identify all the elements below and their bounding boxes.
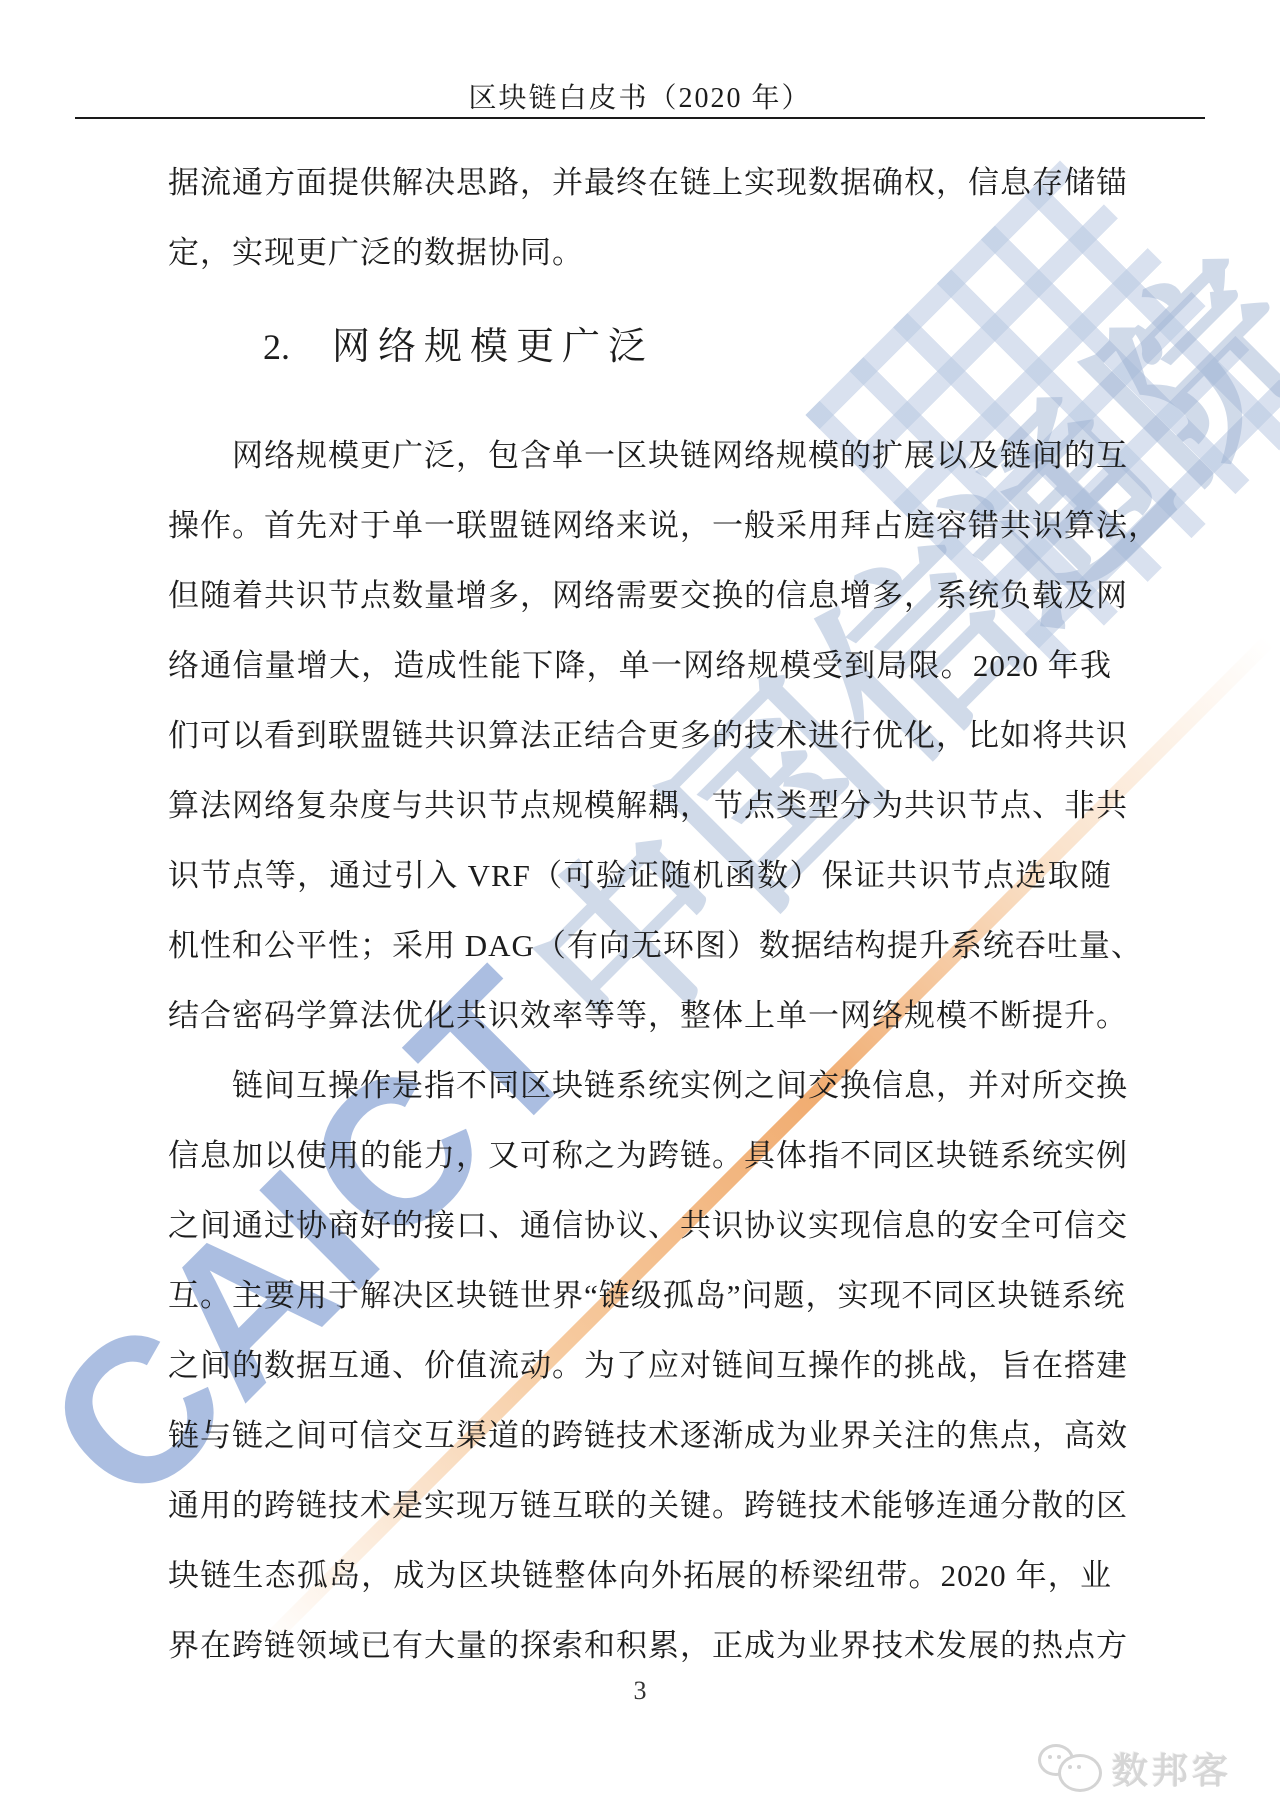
text-line: 通用的跨链技术是实现万链互联的关键。跨链技术能够连通分散的区	[168, 1471, 1112, 1541]
text-line: 据流通方面提供解决思路，并最终在链上实现数据确权，信息存储锚	[168, 148, 1112, 218]
document-body: 据流通方面提供解决思路，并最终在链上实现数据确权，信息存储锚 定，实现更广泛的数…	[168, 148, 1112, 1681]
page-number: 3	[0, 1676, 1280, 1706]
text-line: 识节点等，通过引入 VRF（可验证随机函数）保证共识节点选取随	[168, 841, 1112, 911]
text-line: 定，实现更广泛的数据协同。	[168, 218, 1112, 288]
text-line: 链间互操作是指不同区块链系统实例之间交换信息，并对所交换	[168, 1051, 1112, 1121]
text-line: 络通信量增大，造成性能下降，单一网络规模受到局限。2020 年我	[168, 631, 1112, 701]
text-line: 网络规模更广泛，包含单一区块链网络规模的扩展以及链间的互	[168, 421, 1112, 491]
text-line: 界在跨链领域已有大量的探索和积累，正成为业界技术发展的热点方	[168, 1611, 1112, 1681]
section-number: 2.	[263, 327, 290, 367]
chat-bubble-large	[1058, 1754, 1102, 1792]
text-line: 算法网络复杂度与共识节点规模解耦，节点类型分为共识节点、非共	[168, 771, 1112, 841]
header-rule	[75, 117, 1205, 119]
text-line: 们可以看到联盟链共识算法正结合更多的技术进行优化，比如将共识	[168, 701, 1112, 771]
footer-brand: 数邦客	[1038, 1742, 1232, 1794]
section-heading: 2.网络规模更广泛	[168, 312, 1112, 382]
section-title: 网络规模更广泛	[332, 326, 654, 368]
text-line: 结合密码学算法优化共识效率等等，整体上单一网络规模不断提升。	[168, 981, 1112, 1051]
text-line: 机性和公平性；采用 DAG（有向无环图）数据结构提升系统吞吐量、	[168, 911, 1112, 981]
text-line: 链与链之间可信交互渠道的跨链技术逐渐成为业界关注的焦点，高效	[168, 1401, 1112, 1471]
text-line: 信息加以使用的能力，又可称之为跨链。具体指不同区块链系统实例	[168, 1121, 1112, 1191]
text-line: 操作。首先对于单一联盟链网络来说，一般采用拜占庭容错共识算法，	[168, 491, 1112, 561]
page-header-title: 区块链白皮书（2020 年）	[0, 76, 1280, 116]
document-page: CAICT 中国信通院 区块链白皮书（2020 年） 据流通方面提供解决思路，并…	[0, 0, 1280, 1811]
text-line: 之间通过协商好的接口、通信协议、共识协议实现信息的安全可信交	[168, 1191, 1112, 1261]
text-line: 但随着共识节点数量增多，网络需要交换的信息增多，系统负载及网	[168, 561, 1112, 631]
text-line: 之间的数据互通、价值流动。为了应对链间互操作的挑战，旨在搭建	[168, 1331, 1112, 1401]
footer-brand-name: 数邦客	[1112, 1743, 1232, 1794]
paragraph-1: 据流通方面提供解决思路，并最终在链上实现数据确权，信息存储锚 定，实现更广泛的数…	[168, 148, 1112, 288]
paragraph-3: 链间互操作是指不同区块链系统实例之间交换信息，并对所交换 信息加以使用的能力，又…	[168, 1051, 1112, 1681]
chat-bubbles-icon	[1038, 1742, 1102, 1794]
text-line: 互。主要用于解决区块链世界“链级孤岛”问题，实现不同区块链系统	[168, 1261, 1112, 1331]
paragraph-2: 网络规模更广泛，包含单一区块链网络规模的扩展以及链间的互 操作。首先对于单一联盟…	[168, 421, 1112, 1051]
text-line: 块链生态孤岛，成为区块链整体向外拓展的桥梁纽带。2020 年，业	[168, 1541, 1112, 1611]
